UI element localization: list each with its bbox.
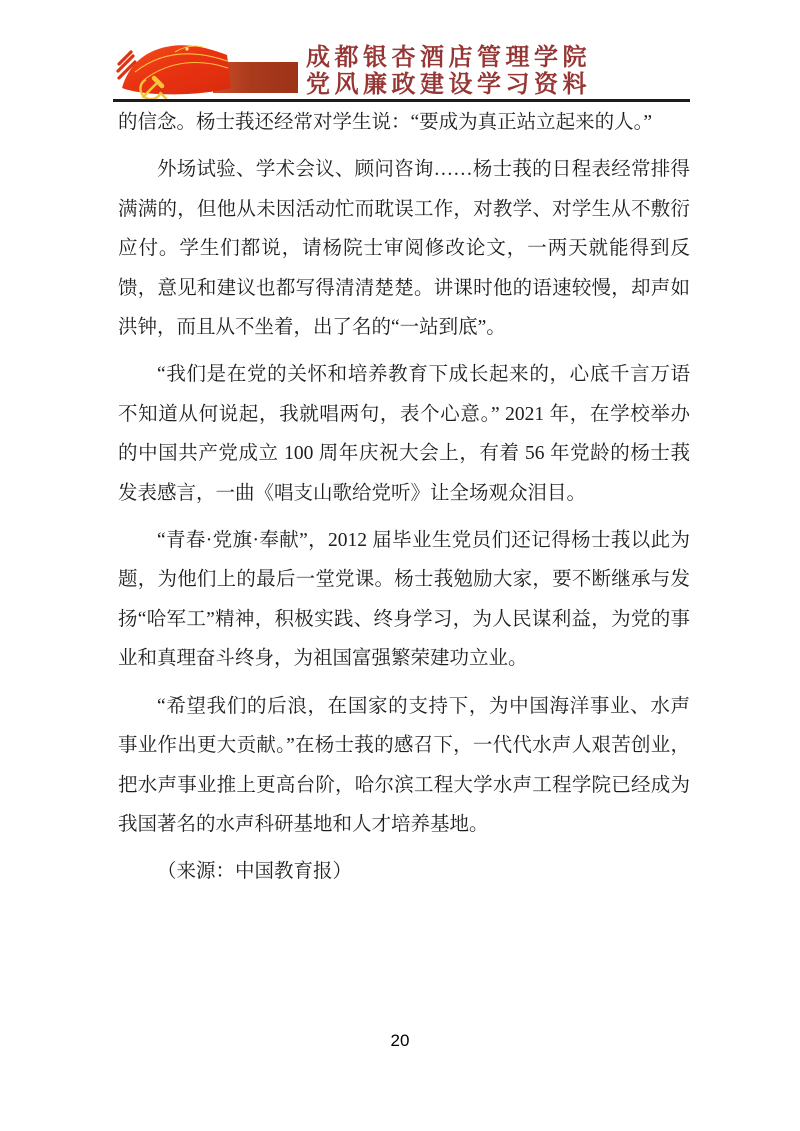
header-divider: [113, 99, 690, 102]
paragraph: （来源：中国教育报）: [118, 852, 690, 891]
page-header: 成都银杏酒店管理学院 党风廉政建设学习资料: [115, 42, 695, 99]
party-flag-banner-icon: [115, 42, 300, 99]
paragraph: “希望我们的后浪，在国家的支持下，为中国海洋事业、水声事业作出更大贡献。”在杨士…: [118, 687, 690, 845]
body-text: 的信念。杨士莪还经常对学生说：“要成为真正站立起来的人。”外场试验、学术会议、顾…: [118, 103, 690, 900]
paragraph: “我们是在党的关怀和培养教育下成长起来的，心底千言万语不知道从何说起，我就唱两句…: [118, 355, 690, 513]
page-number: 20: [0, 1031, 800, 1051]
paragraph: “青春·党旗·奉献”，2012 届毕业生党员们还记得杨士莪以此为题，为他们上的最…: [118, 521, 690, 679]
paragraph: 的信念。杨士莪还经常对学生说：“要成为真正站立起来的人。”: [118, 103, 690, 142]
doc-title: 党风廉政建设学习资料: [306, 72, 591, 99]
org-name: 成都银杏酒店管理学院: [306, 45, 591, 72]
header-titles: 成都银杏酒店管理学院 党风廉政建设学习资料: [306, 45, 591, 99]
paragraph: 外场试验、学术会议、顾问咨询……杨士莪的日程表经常排得满满的，但他从未因活动忙而…: [118, 150, 690, 347]
document-page: 成都银杏酒店管理学院 党风廉政建设学习资料 的信念。杨士莪还经常对学生说：“要成…: [0, 0, 800, 1131]
